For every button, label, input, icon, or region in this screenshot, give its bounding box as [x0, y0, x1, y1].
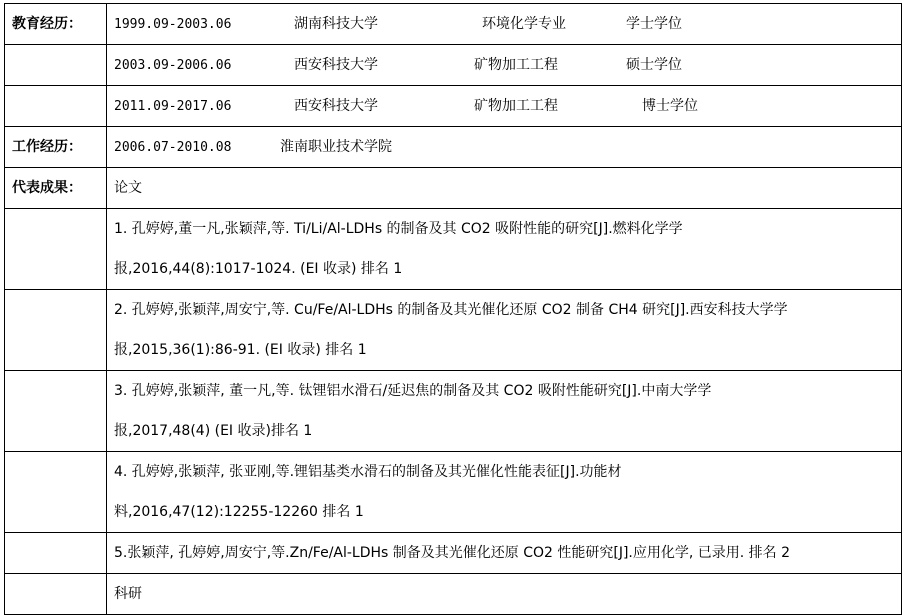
- work-label: 工作经历：: [5, 127, 107, 168]
- education-degree: 硕士学位: [626, 55, 682, 75]
- paper-line-2: 报,2017,48(4) (EI 收录)排名 1: [114, 411, 901, 451]
- education-label: 教育经历：: [5, 4, 107, 45]
- education-school: 湖南科技大学: [294, 14, 482, 34]
- education-period: 2003.09-2006.06: [114, 56, 294, 76]
- education-major: 矿物加工工程: [474, 96, 642, 116]
- empty-label-cell: [5, 371, 107, 452]
- resume-table: 教育经历： 1999.09-2003.06湖南科技大学环境化学专业学士学位 20…: [4, 3, 902, 615]
- paper-row-2: 2. 孔婷婷,张颖萍,周安宁,等. Cu/Fe/Al-LDHs 的制备及其光催化…: [5, 290, 902, 371]
- education-period: 2011.09-2017.06: [114, 97, 294, 117]
- empty-label-cell: [5, 86, 107, 127]
- paper-line-1: 3. 孔婷婷,张颖萍, 董一凡,等. 钛锂铝水滑石/延迟焦的制备及其 CO2 吸…: [114, 371, 901, 411]
- education-entry-2: 2003.09-2006.06西安科技大学矿物加工工程硕士学位: [107, 45, 902, 86]
- education-school: 西安科技大学: [294, 55, 474, 75]
- education-degree: 学士学位: [626, 14, 682, 34]
- empty-label-cell: [5, 290, 107, 371]
- achievements-label: 代表成果：: [5, 168, 107, 209]
- paper-1: 1. 孔婷婷,董一凡,张颖萍,等. Ti/Li/Al-LDHs 的制备及其 CO…: [107, 209, 902, 290]
- paper-3: 3. 孔婷婷,张颖萍, 董一凡,等. 钛锂铝水滑石/延迟焦的制备及其 CO2 吸…: [107, 371, 902, 452]
- research-heading: 科研: [107, 574, 902, 615]
- paper-line-1: 1. 孔婷婷,董一凡,张颖萍,等. Ti/Li/Al-LDHs 的制备及其 CO…: [114, 209, 901, 249]
- work-employer: 淮南职业技术学院: [280, 137, 392, 157]
- paper-row-3: 3. 孔婷婷,张颖萍, 董一凡,等. 钛锂铝水滑石/延迟焦的制备及其 CO2 吸…: [5, 371, 902, 452]
- paper-5: 5.张颖萍, 孔婷婷,周安宁,等.Zn/Fe/Al-LDHs 制备及其光催化还原…: [107, 533, 902, 574]
- paper-line-2: 料,2016,47(12):12255-12260 排名 1: [114, 492, 901, 532]
- empty-label-cell: [5, 209, 107, 290]
- paper-row-5: 5.张颖萍, 孔婷婷,周安宁,等.Zn/Fe/Al-LDHs 制备及其光催化还原…: [5, 533, 902, 574]
- education-degree: 博士学位: [642, 96, 698, 116]
- education-row-1: 教育经历： 1999.09-2003.06湖南科技大学环境化学专业学士学位: [5, 4, 902, 45]
- empty-label-cell: [5, 533, 107, 574]
- achievements-row: 代表成果： 论文: [5, 168, 902, 209]
- paper-4: 4. 孔婷婷,张颖萍, 张亚刚,等.锂铝基类水滑石的制备及其光催化性能表征[J]…: [107, 452, 902, 533]
- paper-row-1: 1. 孔婷婷,董一凡,张颖萍,等. Ti/Li/Al-LDHs 的制备及其 CO…: [5, 209, 902, 290]
- paper-line-1: 2. 孔婷婷,张颖萍,周安宁,等. Cu/Fe/Al-LDHs 的制备及其光催化…: [114, 290, 901, 330]
- paper-line-2: 报,2015,36(1):86-91. (EI 收录) 排名 1: [114, 330, 901, 370]
- empty-label-cell: [5, 45, 107, 86]
- empty-label-cell: [5, 574, 107, 615]
- empty-label-cell: [5, 452, 107, 533]
- research-row: 科研: [5, 574, 902, 615]
- paper-2: 2. 孔婷婷,张颖萍,周安宁,等. Cu/Fe/Al-LDHs 的制备及其光催化…: [107, 290, 902, 371]
- work-period: 2006.07-2010.08: [114, 138, 280, 158]
- education-major: 环境化学专业: [482, 14, 626, 34]
- papers-heading: 论文: [107, 168, 902, 209]
- paper-line-1: 4. 孔婷婷,张颖萍, 张亚刚,等.锂铝基类水滑石的制备及其光催化性能表征[J]…: [114, 452, 901, 492]
- paper-line-2: 报,2016,44(8):1017-1024. (EI 收录) 排名 1: [114, 249, 901, 289]
- education-entry-1: 1999.09-2003.06湖南科技大学环境化学专业学士学位: [107, 4, 902, 45]
- paper-row-4: 4. 孔婷婷,张颖萍, 张亚刚,等.锂铝基类水滑石的制备及其光催化性能表征[J]…: [5, 452, 902, 533]
- education-period: 1999.09-2003.06: [114, 15, 294, 35]
- education-row-2: 2003.09-2006.06西安科技大学矿物加工工程硕士学位: [5, 45, 902, 86]
- education-school: 西安科技大学: [294, 96, 474, 116]
- work-row: 工作经历： 2006.07-2010.08淮南职业技术学院: [5, 127, 902, 168]
- education-row-3: 2011.09-2017.06西安科技大学矿物加工工程博士学位: [5, 86, 902, 127]
- education-major: 矿物加工工程: [474, 55, 626, 75]
- education-entry-3: 2011.09-2017.06西安科技大学矿物加工工程博士学位: [107, 86, 902, 127]
- work-entry-1: 2006.07-2010.08淮南职业技术学院: [107, 127, 902, 168]
